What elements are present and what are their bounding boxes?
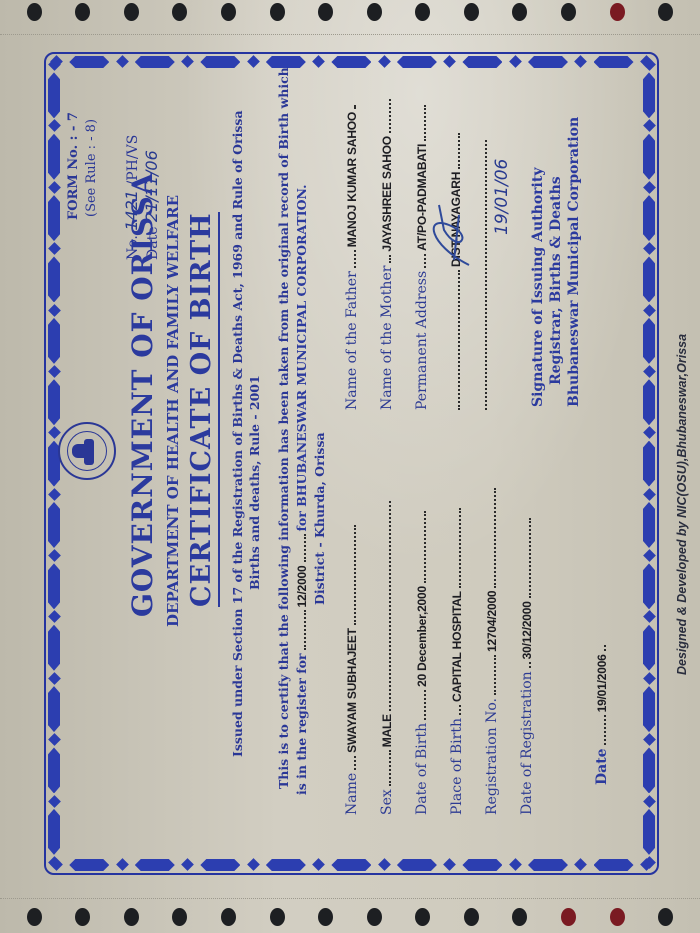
see-rule: (See Rule : - 8): [84, 119, 99, 217]
signature-caption-1: Signature of Issuing Authority: [530, 168, 546, 407]
designed-by: Designed & Developed by NIC(OSU),Bhubane…: [675, 334, 689, 675]
tractor-holes-bottom: [0, 905, 700, 929]
border-pattern-bottom: [642, 60, 656, 867]
tractor-holes-top: [0, 0, 700, 24]
field-place-of-birth: Place of Birth CAPITAL HOSPITAL: [449, 508, 465, 815]
certify-line1: This is to certify that the following in…: [276, 67, 291, 789]
department-title: DEPARTMENT OF HEALTH AND FAMILY WELFARE: [164, 195, 182, 627]
border-pattern-left: [52, 858, 651, 872]
register-year: 12/2000: [295, 565, 309, 607]
government-title: GOVERNMENT OF ORISSA: [126, 172, 159, 617]
birth-certificate: FORM No. : - 7 (See Rule : - 8) No. 1421…: [44, 52, 659, 875]
field-registration-no: Registration No. 12704/2000: [484, 488, 500, 815]
district: District - Khurda, Orissa: [312, 432, 327, 605]
perforation-top: [0, 34, 700, 35]
issued-under-line2: Births and deaths, Rule - 2001: [247, 375, 262, 590]
issued-under-line1: Issued under Section 17 of the Registrat…: [230, 110, 245, 757]
field-name: Name SWAYAM SUBHAJEET: [344, 525, 360, 815]
field-address-line3: [484, 140, 487, 410]
field-mother-name: Name of the Mother JAYASHREE SAHOO: [379, 99, 395, 410]
footer-date: Date 19/01/2006: [594, 645, 610, 785]
signature-scribble-icon: [419, 185, 479, 275]
field-date-of-registration: Date of Registration 30/12/2000: [519, 518, 535, 815]
field-sex: Sex MALE: [379, 501, 395, 815]
state-emblem-icon: [58, 422, 116, 480]
field-date-of-birth: Date of Birth 20 December,2000: [414, 511, 430, 815]
certificate-title: CERTIFICATE OF BIRTH: [186, 212, 220, 607]
border-pattern-top: [47, 60, 61, 867]
certify-line2: is in the register for 12/2000 for BHUBA…: [294, 185, 309, 795]
signature-caption-3: Bhubaneswar Municipal Corporation: [566, 117, 582, 407]
perforation-bottom: [0, 898, 700, 899]
field-father-name: Name of the Father MANOJ KUMAR SAHOO: [344, 105, 360, 410]
form-number: FORM No. : - 7: [66, 112, 81, 220]
border-pattern-right: [52, 55, 651, 69]
signature-caption-2: Registrar, Births & Deaths: [548, 176, 564, 385]
signature-date: 19/01/06: [492, 159, 512, 235]
